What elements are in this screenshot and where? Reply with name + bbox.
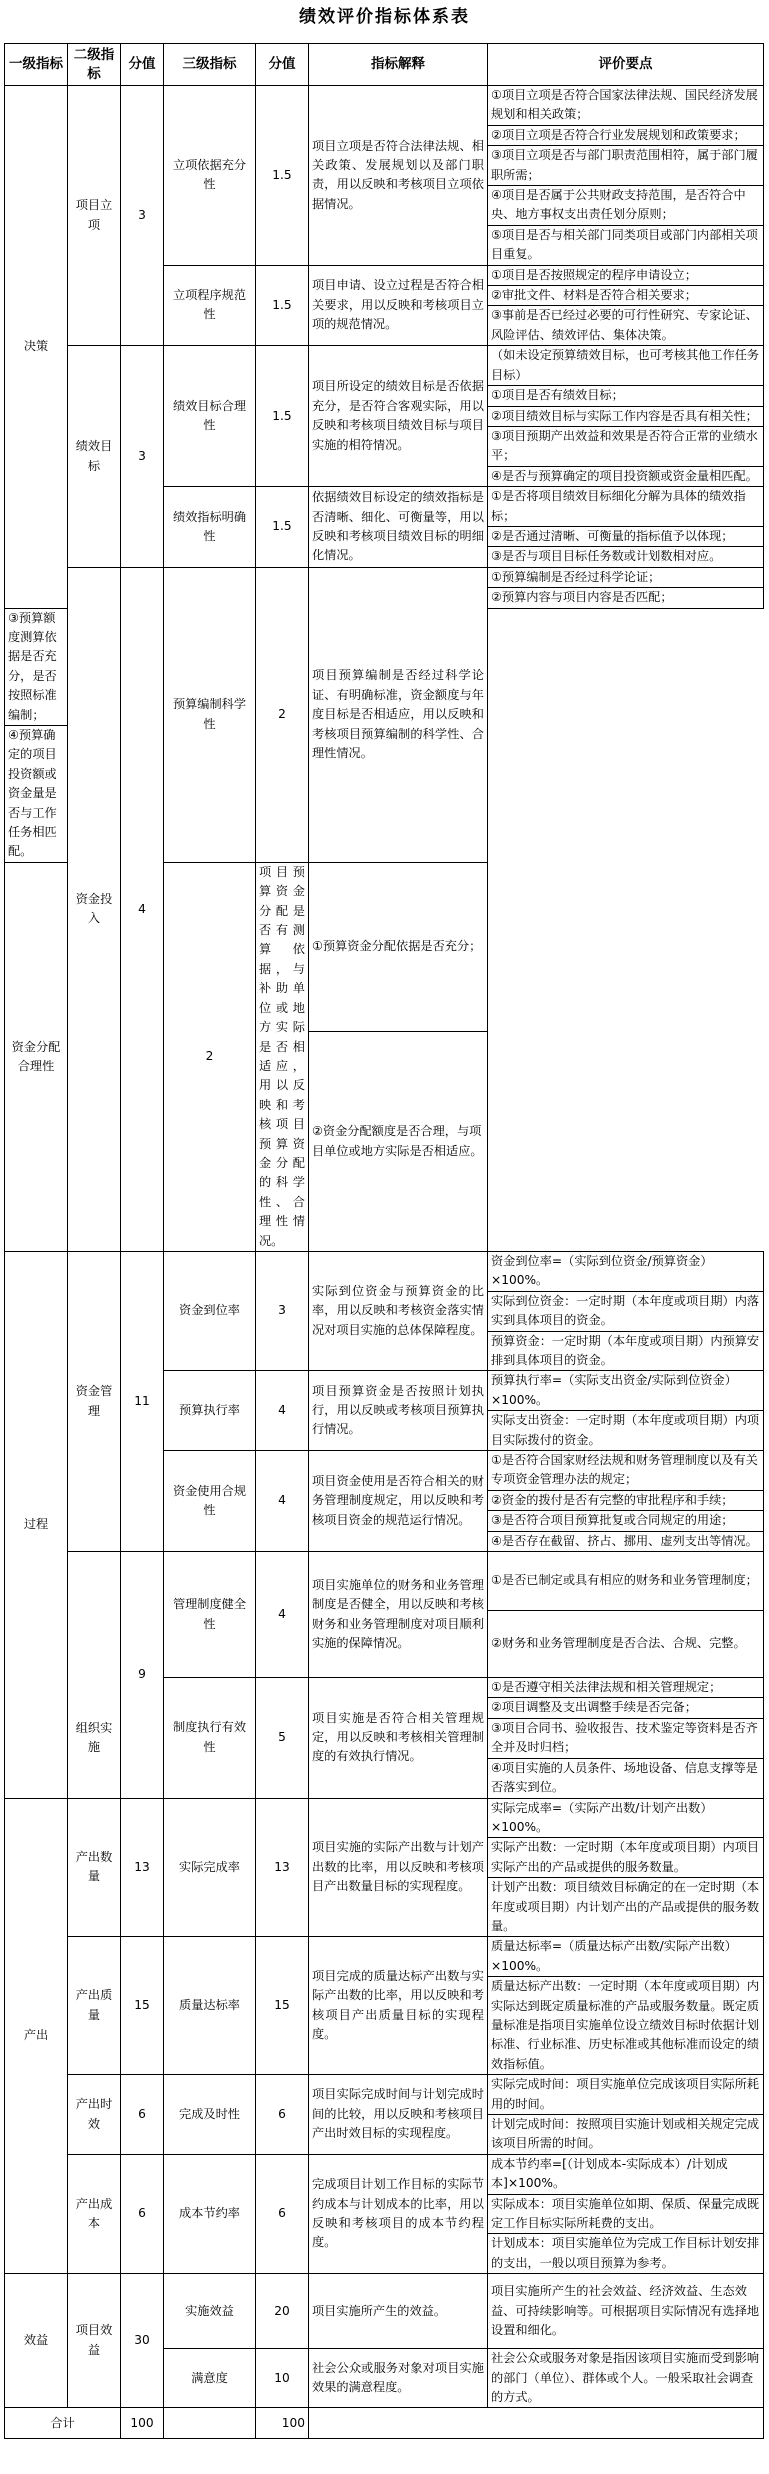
key-point-cell: ④是否与预算确定的项目投资额或资金量相匹配。 [488, 466, 764, 486]
level3-cell: 绩效指标明确性 [164, 487, 256, 568]
score-cell: 13 [256, 1798, 309, 1937]
score-cell: 3 [256, 1251, 309, 1370]
key-point-cell: 资金到位率=（实际到位资金/预算资金）×100%。 [488, 1251, 764, 1291]
level2-score-cell: 30 [121, 2274, 164, 2408]
level2-cell: 资金投入 [68, 567, 121, 1251]
level3-cell: 制度执行有效性 [164, 1678, 256, 1798]
table-row: 过程 资金管理 11 资金到位率 3 实际到位资金与预算资金的比率，用以反映和考… [5, 1251, 764, 1291]
level3-cell: 立项程序规范性 [164, 265, 256, 346]
total-empty-cell [164, 2408, 256, 2439]
score-cell: 2 [164, 862, 256, 1251]
level2-cell: 组织实施 [68, 1552, 121, 1798]
level2-score-cell: 15 [121, 1937, 164, 2075]
score-cell: 4 [256, 1552, 309, 1678]
key-point-cell: 成本节约率=[（计划成本-实际成本）/计划成本]×100%。 [488, 2154, 764, 2194]
score-cell: 6 [256, 2075, 309, 2155]
key-point-cell: 实际成本：项目实施单位如期、保质、保量完成既定工作目标实际所耗费的支出。 [488, 2194, 764, 2234]
level3-cell: 实施效益 [164, 2274, 256, 2349]
total-label: 合计 [5, 2408, 121, 2439]
explanation-cell: 项目资金使用是否符合相关的财务管理制度规定，用以反映和考核项目资金的规范运行情况… [309, 1451, 488, 1552]
key-point-cell: ③是否符合项目预算批复或合同规定的用途； [488, 1511, 764, 1531]
key-point-cell: 质量达标产出数：一定时期（本年度或项目期）内实际达到既定质量标准的产品或服务数量… [488, 1977, 764, 2075]
level2-score-cell: 6 [121, 2154, 164, 2273]
header-key-points: 评价要点 [488, 44, 764, 86]
explanation-cell: 依据绩效目标设定的绩效指标是否清晰、细化、可衡量等，用以反映和考核项目绩效目标的… [309, 487, 488, 568]
level3-cell: 预算编制科学性 [164, 567, 256, 862]
level2-cell: 产出时效 [68, 2075, 121, 2155]
level2-cell: 产出数量 [68, 1798, 121, 1937]
explanation-cell: 完成项目计划工作目标的实际节约成本与计划成本的比率，用以反映和考核项目的成本节约… [309, 2154, 488, 2273]
total-blank-cell [309, 2408, 764, 2439]
key-point-cell: ①项目是否有绩效目标； [488, 386, 764, 406]
explanation-cell: 实际到位资金与预算资金的比率，用以反映和考核资金落实情况对项目实施的总体保障程度… [309, 1251, 488, 1370]
table-row: 决策 项目立项 3 立项依据充分性 1.5 项目立项是否符合法律法规、相关政策、… [5, 86, 764, 126]
table-header-row: 一级指标 二级指标 分值 三级指标 分值 指标解释 评价要点 [5, 44, 764, 86]
score-cell: 1.5 [256, 487, 309, 568]
page-title: 绩效评价指标体系表 [0, 0, 769, 45]
level2-score-cell: 13 [121, 1798, 164, 1937]
key-point-cell: 预算资金：一定时期（本年度或项目期）内预算安排到具体项目的资金。 [488, 1331, 764, 1371]
key-point-cell: ③项目合同书、验收报告、技术鉴定等资料是否齐全并及时归档； [488, 1718, 764, 1758]
key-point-cell: 实际到位资金：一定时期（本年度或项目期）内落实到具体项目的资金。 [488, 1291, 764, 1331]
key-point-cell: ④是否存在截留、挤占、挪用、虚列支出等情况。 [488, 1531, 764, 1551]
level2-score-cell: 4 [121, 567, 164, 1251]
score-cell: 4 [256, 1451, 309, 1552]
header-level2: 二级指标 [68, 44, 121, 86]
explanation-cell: 项目预算资金分配是否有测算依据，与补助单位或地方实际是否相适应，用以反映和考核项… [256, 862, 309, 1251]
level2-score-cell: 6 [121, 2075, 164, 2155]
table-row: 产出时效 6 完成及时性 6 项目实际完成时间与计划完成时间的比较，用以反映和考… [5, 2075, 764, 2115]
level2-score-cell: 9 [121, 1552, 164, 1798]
explanation-cell: 项目完成的质量达标产出数与实际产出数的比率，用以反映和考核项目产出质量目标的实现… [309, 1937, 488, 2075]
key-point-cell: ④项目实施的人员条件、场地设备、信息支撑等是否落实到位。 [488, 1758, 764, 1798]
header-explanation: 指标解释 [309, 44, 488, 86]
level3-cell: 成本节约率 [164, 2154, 256, 2273]
explanation-cell: 项目实施所产生的效益。 [309, 2274, 488, 2349]
total-score: 100 [256, 2408, 309, 2439]
level3-cell: 资金使用合规性 [164, 1451, 256, 1552]
key-point-cell: 计划成本：项目实施单位为完成工作目标计划安排的支出，一般以项目预算为参考。 [488, 2234, 764, 2274]
key-point-cell: ①项目是否按照规定的程序申请设立； [488, 265, 764, 285]
explanation-cell: 项目申请、设立过程是否符合相关要求，用以反映和考核项目立项的规范情况。 [309, 265, 488, 346]
explanation-cell: 项目实施的实际产出数与计划产出数的比率，用以反映和考核项目产出数量目标的实现程度… [309, 1798, 488, 1937]
key-point-cell: ②项目立项是否符合行业发展规划和政策要求； [488, 125, 764, 145]
level3-cell: 预算执行率 [164, 1371, 256, 1451]
key-point-cell: ③事前是否已经过必要的可行性研究、专家论证、风险评估、绩效评估、集体决策。 [488, 306, 764, 346]
total-row: 合计 100 100 [5, 2408, 764, 2439]
level2-cell: 项目效益 [68, 2274, 121, 2408]
score-cell: 1.5 [256, 86, 309, 266]
level2-cell: 项目立项 [68, 86, 121, 346]
key-point-cell: ②是否通过清晰、可衡量的指标值予以体现； [488, 526, 764, 546]
key-point-cell: ②资金的拨付是否有完整的审批程序和手续； [488, 1490, 764, 1510]
level1-cell: 决策 [5, 86, 68, 609]
table-row: 绩效目标 3 绩效目标合理性 1.5 项目所设定的绩效目标是否依据充分，是否符合… [5, 346, 764, 386]
key-point-cell: 项目实施所产生的社会效益、经济效益、生态效益、可持续影响等。可根据项目实际情况有… [488, 2274, 764, 2349]
level3-cell: 立项依据充分性 [164, 86, 256, 266]
key-point-cell: ②项目绩效目标与实际工作内容是否具有相关性； [488, 406, 764, 426]
key-point-cell: ②财务和业务管理制度是否合法、合规、完整。 [488, 1611, 764, 1678]
score-cell: 2 [256, 567, 309, 862]
table-row: 资金投入 4 预算编制科学性 2 项目预算编制是否经过科学论证、有明确标准，资金… [5, 567, 764, 587]
table-row: 组织实施 9 管理制度健全性 4 项目实施单位的财务和业务管理制度是否健全，用以… [5, 1552, 764, 1611]
score-cell: 6 [256, 2154, 309, 2273]
key-point-cell: 预算执行率=（实际支出资金/实际到位资金）×100%。 [488, 1371, 764, 1411]
key-point-cell: ⑤项目是否与相关部门同类项目或部门内部相关项目重复。 [488, 225, 764, 265]
key-point-cell: ①预算资金分配依据是否充分； [309, 862, 488, 1032]
level2-score-cell: 3 [121, 346, 164, 567]
key-point-cell: ①预算编制是否经过科学论证； [488, 567, 764, 587]
key-point-cell: ②资金分配额度是否合理，与项目单位或地方实际是否相适应。 [309, 1032, 488, 1252]
performance-indicator-table: 一级指标 二级指标 分值 三级指标 分值 指标解释 评价要点 决策 项目立项 3… [4, 43, 764, 2439]
level1-cell: 过程 [5, 1251, 68, 1798]
key-point-cell: ④项目是否属于公共财政支持范围，是否符合中央、地方事权支出责任划分原则； [488, 186, 764, 226]
explanation-cell: 社会公众或服务对象对项目实施效果的满意程度。 [309, 2349, 488, 2408]
key-point-cell: ③项目预期产出效益和效果是否符合正常的业绩水平； [488, 426, 764, 466]
key-point-cell: ④预算确定的项目投资额或资金量是否与工作任务相匹配。 [5, 726, 68, 863]
key-point-cell: ①是否符合国家财经法规和财务管理制度以及有关专项资金管理办法的规定； [488, 1451, 764, 1491]
level3-cell: 实际完成率 [164, 1798, 256, 1937]
table-row: 产出质量 15 质量达标率 15 项目完成的质量达标产出数与实际产出数的比率，用… [5, 1937, 764, 1977]
key-point-cell: 质量达标率=（质量达标产出数/实际产出数）×100%。 [488, 1937, 764, 1977]
score-cell: 1.5 [256, 346, 309, 487]
level3-cell: 资金分配合理性 [5, 862, 68, 1251]
key-point-cell: ③是否与项目目标任务数或计划数相对应。 [488, 547, 764, 567]
explanation-cell: 项目立项是否符合法律法规、相关政策、发展规划以及部门职责，用以反映和考核项目立项… [309, 86, 488, 266]
key-point-cell: 计划完成时间：按照项目实施计划或相关规定完成该项目所需的时间。 [488, 2115, 764, 2155]
score-cell: 4 [256, 1371, 309, 1451]
explanation-cell: 项目预算资金是否按照计划执行，用以反映或考核项目预算执行情况。 [309, 1371, 488, 1451]
explanation-cell: 项目实际完成时间与计划完成时间的比较，用以反映和考核项目产出时效目标的实现程度。 [309, 2075, 488, 2155]
score-cell: 15 [256, 1937, 309, 2075]
explanation-cell: 项目实施是否符合相关管理规定，用以反映和考核相关管理制度的有效执行情况。 [309, 1678, 488, 1798]
key-point-cell: （如未设定预算绩效目标，也可考核其他工作任务目标） [488, 346, 764, 386]
table-row: 效益 项目效益 30 实施效益 20 项目实施所产生的效益。 项目实施所产生的社… [5, 2274, 764, 2349]
level3-cell: 完成及时性 [164, 2075, 256, 2155]
level2-score-cell: 3 [121, 86, 164, 346]
level3-cell: 绩效目标合理性 [164, 346, 256, 487]
score-cell: 1.5 [256, 265, 309, 346]
key-point-cell: ③项目立项是否与部门职责范围相符，属于部门履职所需； [488, 146, 764, 186]
level2-score-cell: 11 [121, 1251, 164, 1551]
key-point-cell: ②预算内容与项目内容是否匹配； [488, 588, 764, 608]
header-level1: 一级指标 [5, 44, 68, 86]
header-level3: 三级指标 [164, 44, 256, 86]
key-point-cell: 计划产出数：项目绩效目标确定的在一定时期（本年度或项目期）内计划产出的产品或提供… [488, 1878, 764, 1937]
key-point-cell: 社会公众或服务对象是指因该项目实施而受到影响的部门（单位）、群体或个人。一般采取… [488, 2349, 764, 2408]
table-row: 产出 产出数量 13 实际完成率 13 项目实施的实际产出数与计划产出数的比率，… [5, 1798, 764, 1838]
key-point-cell: 实际支出资金：一定时期（本年度或项目期）内项目实际拨付的资金。 [488, 1411, 764, 1451]
table-row: 产出成本 6 成本节约率 6 完成项目计划工作目标的实际节约成本与计划成本的比率… [5, 2154, 764, 2194]
score-cell: 10 [256, 2349, 309, 2408]
level2-cell: 绩效目标 [68, 346, 121, 567]
total-level2-score: 100 [121, 2408, 164, 2439]
level3-cell: 质量达标率 [164, 1937, 256, 2075]
level2-cell: 产出质量 [68, 1937, 121, 2075]
score-cell: 5 [256, 1678, 309, 1798]
score-cell: 20 [256, 2274, 309, 2349]
key-point-cell: ①是否遵守相关法律法规和相关管理规定； [488, 1678, 764, 1698]
header-level2-score: 分值 [121, 44, 164, 86]
explanation-cell: 项目实施单位的财务和业务管理制度是否健全，用以反映和考核财务和业务管理制度对项目… [309, 1552, 488, 1678]
key-point-cell: ②审批文件、材料是否符合相关要求； [488, 286, 764, 306]
key-point-cell: ②项目调整及支出调整手续是否完备； [488, 1698, 764, 1718]
header-level3-score: 分值 [256, 44, 309, 86]
key-point-cell: 实际完成率=（实际产出数/计划产出数）×100%。 [488, 1798, 764, 1838]
level3-cell: 管理制度健全性 [164, 1552, 256, 1678]
level1-cell: 产出 [5, 1798, 68, 2274]
key-point-cell: ①是否将项目绩效目标细化分解为具体的绩效指标； [488, 487, 764, 527]
explanation-cell: 项目所设定的绩效目标是否依据充分，是否符合客观实际，用以反映和考核项目绩效目标与… [309, 346, 488, 487]
level3-cell: 满意度 [164, 2349, 256, 2408]
level2-cell: 资金管理 [68, 1251, 121, 1551]
key-point-cell: ③预算额度测算依据是否充分，是否按照标准编制； [5, 608, 68, 725]
level2-cell: 产出成本 [68, 2154, 121, 2273]
explanation-cell: 项目预算编制是否经过科学论证、有明确标准，资金额度与年度目标是否相适应，用以反映… [309, 567, 488, 862]
key-point-cell: ①项目立项是否符合国家法律法规、国民经济发展规划和相关政策； [488, 86, 764, 126]
level1-cell: 效益 [5, 2274, 68, 2408]
key-point-cell: ①是否已制定或具有相应的财务和业务管理制度； [488, 1552, 764, 1611]
level3-cell: 资金到位率 [164, 1251, 256, 1370]
key-point-cell: 实际产出数：一定时期（本年度或项目期）内项目实际产出的产品或提供的服务数量。 [488, 1838, 764, 1878]
key-point-cell: 实际完成时间：项目实施单位完成该项目实际所耗用的时间。 [488, 2075, 764, 2115]
